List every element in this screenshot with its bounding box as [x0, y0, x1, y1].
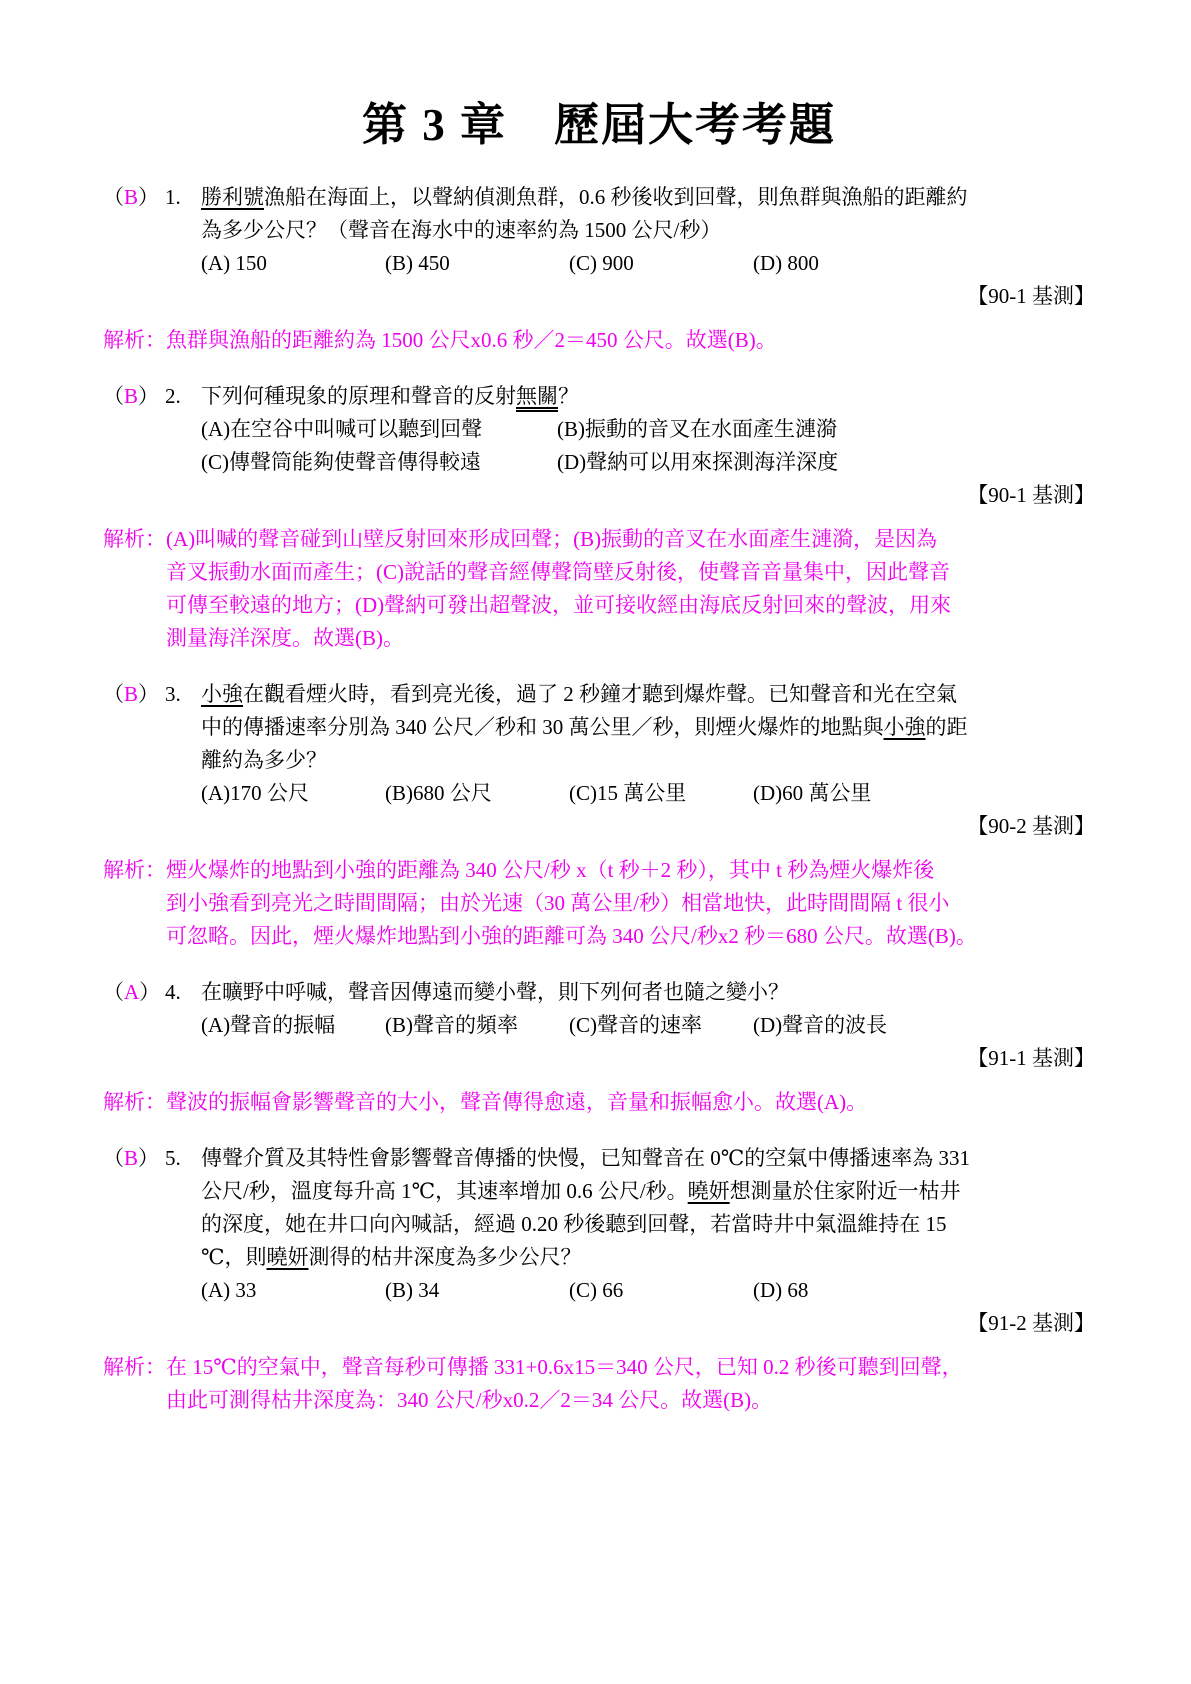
analysis-line: 可忽略。因此，煙火爆炸地點到小強的距離可為 340 公尺/秒x2 秒＝680 公… — [166, 920, 1095, 953]
answer-close-paren: ） — [138, 682, 159, 706]
analysis-label: 解析： — [103, 1086, 166, 1119]
option-cell: (D)聲音的波長 — [753, 1009, 937, 1042]
answer-open-paren: （ — [103, 682, 124, 706]
question-block: （B） 5. 傳聲介質及其特性會影響聲音傳播的快慢，已知聲音在 0℃的空氣中傳播… — [103, 1142, 1095, 1417]
underlined-text: 曉妍 — [267, 1245, 309, 1269]
analysis-line: (A)叫喊的聲音碰到山壁反射回來形成回聲；(B)振動的音叉在水面產生漣漪，是因為 — [166, 523, 1095, 556]
analysis-block: 解析： 聲波的振幅會影響聲音的大小，聲音傳得愈遠，音量和振幅愈小。故選(A)。 — [103, 1086, 1095, 1119]
analysis-block: 解析： 魚群與漁船的距離約為 1500 公尺x0.6 秒／2＝450 公尺。故選… — [103, 324, 1095, 357]
question-block: （A） 4. 在曠野中呼喊，聲音因傳遠而變小聲，則下列何者也隨之變小？(A)聲音… — [103, 976, 1095, 1119]
question-number: 2. — [165, 380, 201, 413]
option-cell: (D)60 萬公里 — [753, 777, 937, 810]
question-body: 勝利號漁船在海面上，以聲納偵測魚群，0.6 秒後收到回聲，則魚群與漁船的距離約為… — [201, 181, 1095, 313]
question-text: 在觀看煙火時，看到亮光後，過了 2 秒鐘才聽到爆炸聲。已知聲音和光在空氣 — [243, 682, 957, 706]
option-cell: (B)振動的音叉在水面產生漣漪 — [557, 413, 913, 446]
question-text: 測得的枯井深度為多少公尺？ — [309, 1245, 582, 1269]
analysis-label: 解析： — [103, 324, 166, 357]
question-text: 離約為多少？ — [201, 748, 327, 772]
option-cell: (C)聲音的速率 — [569, 1009, 753, 1042]
question-text: 在曠野中呼喊，聲音因傳遠而變小聲，則下列何者也隨之變小？ — [201, 980, 789, 1004]
analysis-content: 在 15℃的空氣中，聲音每秒可傳播 331+0.6x15＝340 公尺，已知 0… — [166, 1351, 1095, 1417]
question-body: 小強在觀看煙火時，看到亮光後，過了 2 秒鐘才聽到爆炸聲。已知聲音和光在空氣中的… — [201, 678, 1095, 843]
question-number: 3. — [165, 678, 201, 711]
question-text: 下列何種現象的原理和聲音的反射 — [201, 384, 516, 408]
answer-letter: A — [124, 980, 139, 1004]
underlined-text: 曉妍 — [688, 1179, 730, 1203]
analysis-line: 音叉振動水面而產生；(C)說話的聲音經傳聲筒壁反射後，使聲音音量集中，因此聲音 — [166, 556, 1095, 589]
analysis-content: 聲波的振幅會影響聲音的大小，聲音傳得愈遠，音量和振幅愈小。故選(A)。 — [166, 1086, 1095, 1119]
analysis-block: 解析： (A)叫喊的聲音碰到山壁反射回來形成回聲；(B)振動的音叉在水面產生漣漪… — [103, 523, 1095, 655]
question-item: （B） 5. 傳聲介質及其特性會影響聲音傳播的快慢，已知聲音在 0℃的空氣中傳播… — [103, 1142, 1095, 1340]
answer-open-paren: （ — [103, 980, 124, 1004]
underlined-text: 小強 — [201, 682, 243, 706]
question-line: 在曠野中呼喊，聲音因傳遠而變小聲，則下列何者也隨之變小？ — [201, 976, 1095, 1009]
question-line: 小強在觀看煙火時，看到亮光後，過了 2 秒鐘才聽到爆炸聲。已知聲音和光在空氣 — [201, 678, 1095, 711]
question-item: （A） 4. 在曠野中呼喊，聲音因傳遠而變小聲，則下列何者也隨之變小？(A)聲音… — [103, 976, 1095, 1075]
question-block: （B） 3. 小強在觀看煙火時，看到亮光後，過了 2 秒鐘才聽到爆炸聲。已知聲音… — [103, 678, 1095, 953]
question-number: 5. — [165, 1142, 201, 1175]
options-grid: (A)在空谷中叫喊可以聽到回聲(B)振動的音叉在水面產生漣漪(C)傳聲筒能夠使聲… — [201, 413, 1095, 479]
source-tag: 【90-1 基測】 — [201, 280, 1095, 313]
question-text: 傳聲介質及其特性會影響聲音傳播的快慢，已知聲音在 0℃的空氣中傳播速率為 331 — [201, 1146, 970, 1170]
options-grid: (A)170 公尺(B)680 公尺(C)15 萬公里(D)60 萬公里 — [201, 777, 1095, 810]
analysis-line: 可傳至較遠的地方；(D)聲納可發出超聲波，並可接收經由海底反射回來的聲波，用來 — [166, 589, 1095, 622]
analysis-block: 解析： 煙火爆炸的地點到小強的距離為 340 公尺/秒 x（t 秒＋2 秒），其… — [103, 854, 1095, 953]
option-cell: (B)680 公尺 — [385, 777, 569, 810]
answer-box: （B） — [103, 380, 165, 413]
answer-open-paren: （ — [103, 384, 124, 408]
question-item: （B） 1. 勝利號漁船在海面上，以聲納偵測魚群，0.6 秒後收到回聲，則魚群與… — [103, 181, 1095, 313]
analysis-line: 在 15℃的空氣中，聲音每秒可傳播 331+0.6x15＝340 公尺，已知 0… — [166, 1351, 1095, 1384]
underlined-text: 小強 — [884, 715, 926, 739]
question-text: 的深度，她在井口向內喊話，經過 0.20 秒後聽到回聲，若當時井中氣溫維持在 1… — [201, 1212, 947, 1236]
analysis-line: 魚群與漁船的距離約為 1500 公尺x0.6 秒／2＝450 公尺。故選(B)。 — [166, 324, 1095, 357]
analysis-label: 解析： — [103, 854, 166, 887]
question-block: （B） 2. 下列何種現象的原理和聲音的反射無關？(A)在空谷中叫喊可以聽到回聲… — [103, 380, 1095, 655]
analysis-label: 解析： — [103, 523, 166, 556]
analysis-block: 解析： 在 15℃的空氣中，聲音每秒可傳播 331+0.6x15＝340 公尺，… — [103, 1351, 1095, 1417]
question-line: 的深度，她在井口向內喊話，經過 0.20 秒後聽到回聲，若當時井中氣溫維持在 1… — [201, 1208, 1095, 1241]
answer-box: （B） — [103, 1142, 165, 1175]
answer-box: （B） — [103, 181, 165, 214]
source-tag: 【91-1 基測】 — [201, 1042, 1095, 1075]
answer-letter: B — [124, 185, 138, 209]
question-line: 離約為多少？ — [201, 744, 1095, 777]
document-page: 第 3 章 歷屆大考考題 （B） 1. 勝利號漁船在海面上，以聲納偵測魚群，0.… — [0, 0, 1191, 1417]
analysis-line: 聲波的振幅會影響聲音的大小，聲音傳得愈遠，音量和振幅愈小。故選(A)。 — [166, 1086, 1095, 1119]
analysis-label: 解析： — [103, 1351, 166, 1384]
option-cell: (A) 150 — [201, 247, 385, 280]
question-body: 傳聲介質及其特性會影響聲音傳播的快慢，已知聲音在 0℃的空氣中傳播速率為 331… — [201, 1142, 1095, 1340]
option-cell: (B) 34 — [385, 1274, 569, 1307]
question-text: 中的傳播速率分別為 340 公尺／秒和 30 萬公里／秒，則煙火爆炸的地點與 — [201, 715, 884, 739]
answer-close-paren: ） — [138, 1146, 159, 1170]
analysis-line: 由此可測得枯井深度為：340 公尺/秒x0.2／2＝34 公尺。故選(B)。 — [166, 1384, 1095, 1417]
option-cell: (D) 800 — [753, 247, 937, 280]
option-cell: (C)15 萬公里 — [569, 777, 753, 810]
question-line: 公尺/秒，溫度每升高 1℃，其速率增加 0.6 公尺/秒。曉妍想測量於住家附近一… — [201, 1175, 1095, 1208]
answer-box: （A） — [103, 976, 165, 1009]
question-body: 在曠野中呼喊，聲音因傳遠而變小聲，則下列何者也隨之變小？(A)聲音的振幅(B)聲… — [201, 976, 1095, 1075]
option-cell: (D) 68 — [753, 1274, 937, 1307]
question-line: 勝利號漁船在海面上，以聲納偵測魚群，0.6 秒後收到回聲，則魚群與漁船的距離約 — [201, 181, 1095, 214]
option-cell: (A) 33 — [201, 1274, 385, 1307]
source-tag: 【91-2 基測】 — [201, 1307, 1095, 1340]
question-block: （B） 1. 勝利號漁船在海面上，以聲納偵測魚群，0.6 秒後收到回聲，則魚群與… — [103, 181, 1095, 357]
analysis-line: 到小強看到亮光之時間間隔；由於光速（30 萬公里/秒）相當地快，此時間間隔 t … — [166, 887, 1095, 920]
question-line: 為多少公尺？（聲音在海水中的速率約為 1500 公尺/秒） — [201, 214, 1095, 247]
questions-list: （B） 1. 勝利號漁船在海面上，以聲納偵測魚群，0.6 秒後收到回聲，則魚群與… — [103, 181, 1095, 1417]
source-tag: 【90-1 基測】 — [201, 479, 1095, 512]
answer-box: （B） — [103, 678, 165, 711]
option-cell: (C)傳聲筒能夠使聲音傳得較遠 — [201, 446, 557, 479]
answer-letter: B — [124, 384, 138, 408]
question-line: 傳聲介質及其特性會影響聲音傳播的快慢，已知聲音在 0℃的空氣中傳播速率為 331 — [201, 1142, 1095, 1175]
option-cell: (A)170 公尺 — [201, 777, 385, 810]
option-cell: (C) 900 — [569, 247, 753, 280]
question-text: 想測量於住家附近一枯井 — [730, 1179, 961, 1203]
analysis-line: 測量海洋深度。故選(B)。 — [166, 622, 1095, 655]
answer-close-paren: ） — [138, 384, 159, 408]
answer-letter: B — [124, 1146, 138, 1170]
analysis-content: 魚群與漁船的距離約為 1500 公尺x0.6 秒／2＝450 公尺。故選(B)。 — [166, 324, 1095, 357]
question-item: （B） 2. 下列何種現象的原理和聲音的反射無關？(A)在空谷中叫喊可以聽到回聲… — [103, 380, 1095, 512]
question-line: ℃，則曉妍測得的枯井深度為多少公尺？ — [201, 1241, 1095, 1274]
option-cell: (B)聲音的頻率 — [385, 1009, 569, 1042]
analysis-line: 煙火爆炸的地點到小強的距離為 340 公尺/秒 x（t 秒＋2 秒），其中 t … — [166, 854, 1095, 887]
question-number: 4. — [165, 976, 201, 1009]
source-tag: 【90-2 基測】 — [201, 810, 1095, 843]
question-text: ℃，則 — [201, 1245, 267, 1269]
question-text: 公尺/秒，溫度每升高 1℃，其速率增加 0.6 公尺/秒。 — [201, 1179, 688, 1203]
option-cell: (C) 66 — [569, 1274, 753, 1307]
question-line: 下列何種現象的原理和聲音的反射無關？ — [201, 380, 1095, 413]
answer-letter: B — [124, 682, 138, 706]
question-text: 為多少公尺？（聲音在海水中的速率約為 1500 公尺/秒） — [201, 218, 721, 242]
question-text: 的距 — [926, 715, 968, 739]
analysis-content: 煙火爆炸的地點到小強的距離為 340 公尺/秒 x（t 秒＋2 秒），其中 t … — [166, 854, 1095, 953]
question-number: 1. — [165, 181, 201, 214]
question-item: （B） 3. 小強在觀看煙火時，看到亮光後，過了 2 秒鐘才聽到爆炸聲。已知聲音… — [103, 678, 1095, 843]
question-body: 下列何種現象的原理和聲音的反射無關？(A)在空谷中叫喊可以聽到回聲(B)振動的音… — [201, 380, 1095, 512]
options-grid: (A) 33(B) 34(C) 66(D) 68 — [201, 1274, 1095, 1307]
answer-close-paren: ） — [138, 185, 159, 209]
option-cell: (D)聲納可以用來探測海洋深度 — [557, 446, 913, 479]
options-grid: (A)聲音的振幅(B)聲音的頻率(C)聲音的速率(D)聲音的波長 — [201, 1009, 1095, 1042]
option-cell: (A)聲音的振幅 — [201, 1009, 385, 1042]
question-text: ？ — [558, 384, 579, 408]
page-title: 第 3 章 歷屆大考考題 — [103, 92, 1095, 158]
option-cell: (B) 450 — [385, 247, 569, 280]
answer-open-paren: （ — [103, 185, 124, 209]
answer-close-paren: ） — [139, 980, 160, 1004]
answer-open-paren: （ — [103, 1146, 124, 1170]
option-cell: (A)在空谷中叫喊可以聽到回聲 — [201, 413, 557, 446]
underlined-text: 無關 — [516, 384, 558, 408]
question-text: 漁船在海面上，以聲納偵測魚群，0.6 秒後收到回聲，則魚群與漁船的距離約 — [264, 185, 968, 209]
question-line: 中的傳播速率分別為 340 公尺／秒和 30 萬公里／秒，則煙火爆炸的地點與小強… — [201, 711, 1095, 744]
analysis-content: (A)叫喊的聲音碰到山壁反射回來形成回聲；(B)振動的音叉在水面產生漣漪，是因為… — [166, 523, 1095, 655]
underlined-text: 勝利號 — [201, 185, 264, 209]
options-grid: (A) 150(B) 450(C) 900(D) 800 — [201, 247, 1095, 280]
